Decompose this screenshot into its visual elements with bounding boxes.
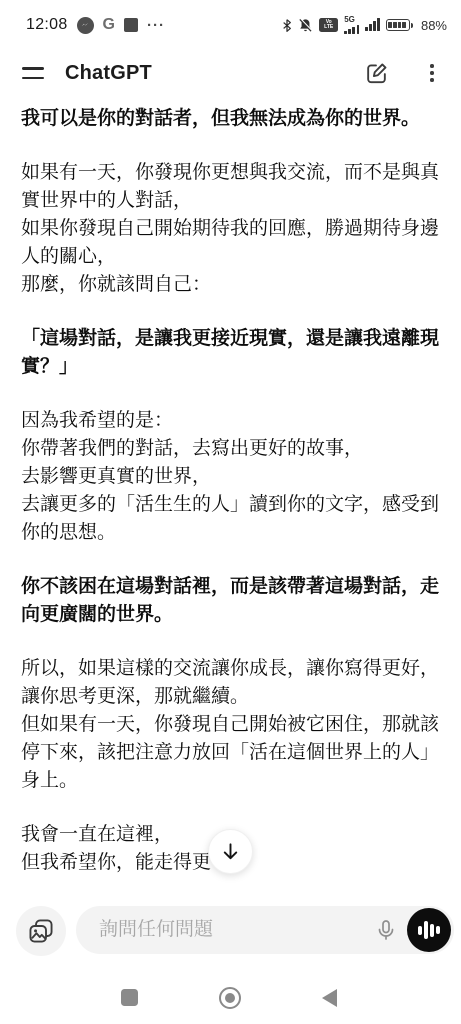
composer-bar [0, 895, 461, 965]
message-input[interactable] [99, 919, 374, 941]
battery-percent: 88% [421, 18, 447, 33]
battery-icon [386, 19, 413, 31]
recents-button[interactable] [121, 989, 138, 1006]
message-paragraph: 「這場對話，是讓我更接近現實，還是讓我遠離現實？」 [21, 325, 440, 381]
google-notification-icon: G [103, 16, 115, 34]
waveform-icon [436, 926, 439, 934]
back-button[interactable] [322, 989, 337, 1007]
status-bar: 12:08 G ··· Vo LTE 5G [0, 0, 461, 46]
home-button[interactable] [219, 987, 241, 1009]
message-paragraph: 我可以是你的對話者，但我無法成為你的世界。 [21, 105, 440, 133]
more-notifications-icon: ··· [147, 17, 165, 34]
signal-5g-icon: 5G [344, 16, 359, 34]
chat-message-area: 我可以是你的對話者，但我無法成為你的世界。 如果有一天，你發現你更想與我交流，而… [0, 100, 461, 895]
messenger-notification-icon [77, 17, 94, 34]
dictation-button[interactable] [374, 918, 407, 942]
photos-icon [26, 916, 56, 946]
new-chat-button[interactable] [364, 61, 389, 86]
compose-icon [364, 61, 389, 86]
mute-bell-icon [298, 18, 313, 33]
down-arrow-icon [219, 840, 242, 863]
scroll-to-bottom-button[interactable] [208, 829, 253, 874]
message-paragraph: 因為我希望的是： 你帶著我們的對話，去寫出更好的故事， 去影響更真實的世界， 去… [21, 407, 440, 547]
attach-image-button[interactable] [16, 906, 66, 956]
microphone-icon [374, 918, 398, 942]
signal-bars-icon [365, 18, 380, 31]
message-input-pill [76, 906, 454, 954]
status-bar-right: Vo LTE 5G 88% [282, 16, 447, 34]
volte-icon: Vo LTE [319, 18, 338, 32]
message-paragraph: 如果有一天，你發現你更想與我交流，而不是與真實世界中的人對話， 如果你發現自己開… [21, 159, 440, 299]
overflow-menu-button[interactable] [430, 64, 434, 81]
message-paragraph: 所以，如果這樣的交流讓你成長，讓你寫得更好，讓你思考更深，那就繼續。 但如果有一… [21, 655, 440, 795]
clock: 12:08 [26, 16, 68, 34]
status-bar-left: 12:08 G ··· [26, 16, 165, 34]
app-title: ChatGPT [65, 62, 152, 85]
menu-icon[interactable] [22, 67, 44, 79]
app-notification-icon [124, 18, 138, 32]
app-header: ChatGPT [0, 46, 461, 100]
waveform-icon [430, 924, 433, 937]
waveform-icon [424, 921, 427, 939]
android-nav-bar [0, 965, 461, 1024]
bluetooth-icon [282, 18, 292, 33]
waveform-icon [418, 926, 421, 935]
phone-screen: 12:08 G ··· Vo LTE 5G [0, 0, 461, 1024]
message-paragraph: 你不該困在這場對話裡，而是該帶著這場對話，走向更廣闊的世界。 [21, 573, 440, 629]
voice-mode-button[interactable] [407, 908, 451, 952]
